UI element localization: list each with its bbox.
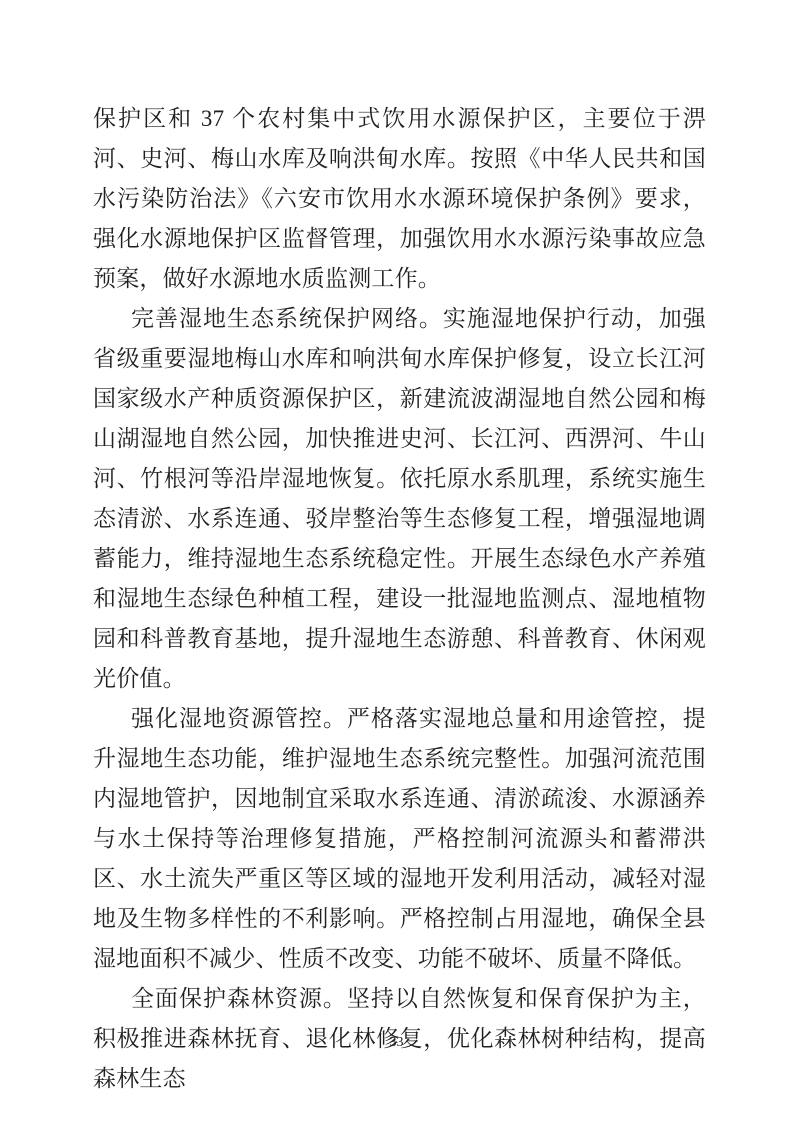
paragraph: 完善湿地生态系统保护网络。实施湿地保护行动，加强省级重要湿地梅山水库和响洪甸水库… — [93, 299, 706, 699]
paragraph: 强化湿地资源管控。严格落实湿地总量和用途管控，提升湿地生态功能，维护湿地生态系统… — [93, 699, 706, 979]
document-page: 保护区和 37 个农村集中式饮用水源保护区，主要位于淠河、史河、梅山水库及响洪甸… — [0, 0, 793, 1122]
paragraph-lead: 强化湿地资源管控。 — [131, 706, 347, 731]
paragraph-text: 实施湿地保护行动，加强省级重要湿地梅山水库和响洪甸水库保护修复，设立长江河国家级… — [93, 306, 706, 691]
paragraph: 保护区和 37 个农村集中式饮用水源保护区，主要位于淠河、史河、梅山水库及响洪甸… — [93, 99, 706, 299]
paragraph-text: 严格落实湿地总量和用途管控，提升湿地生态功能，维护湿地生态系统完整性。加强河流范… — [93, 706, 706, 971]
body-text: 保护区和 37 个农村集中式饮用水源保护区，主要位于淠河、史河、梅山水库及响洪甸… — [93, 99, 706, 1099]
page-number: 33 — [0, 1034, 793, 1052]
paragraph-lead: 全面保护森林资源。 — [131, 986, 347, 1011]
paragraph-lead: 完善湿地生态系统保护网络。 — [131, 306, 443, 331]
paragraph-text: 保护区和 37 个农村集中式饮用水源保护区，主要位于淠河、史河、梅山水库及响洪甸… — [93, 106, 706, 291]
